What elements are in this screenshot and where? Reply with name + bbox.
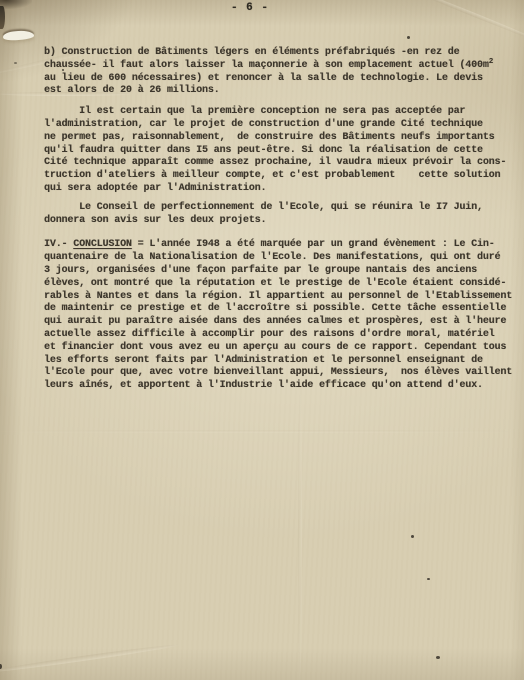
paragraph-conseil: Le Conseil de perfectionnement de l'Ecol… (44, 202, 524, 228)
paragraph-construction-b: b) Construction de Bâtiments légers en é… (44, 47, 524, 98)
superscript-exponent: 2 (489, 58, 493, 66)
text-line: élèves, ont montré que la réputation et … (44, 278, 524, 291)
text-line: truction d'ateliers à meilleur compte, e… (44, 170, 524, 183)
text-line: et financier dont vous avez eu un aperçu… (44, 342, 524, 355)
page-number: - 6 - (0, 2, 512, 14)
text-line: qui sera adoptée par l'Administration. (44, 183, 524, 196)
text-line: Il est certain que la première conceptio… (44, 106, 524, 119)
tear-highlight-mark (3, 30, 35, 41)
text-line: l'Ecole pour que, avec votre bienveillan… (44, 367, 524, 380)
paper-crease (0, 430, 524, 433)
text-line: les efforts seront faits par l'Administr… (44, 355, 524, 368)
text-line: rables à Nantes et dans la région. Il ap… (44, 291, 524, 304)
text-line: Cité technique apparaît comme assez proc… (44, 157, 524, 170)
text-line: l'administration, car le projet de const… (44, 119, 524, 132)
text-line: 3 jours, organisées d'une façon parfaite… (44, 265, 524, 278)
text-line: donnera son avis sur les deux projets. (44, 215, 524, 228)
ink-speck (411, 535, 414, 538)
paragraph-cite-technique: Il est certain que la première conceptio… (44, 106, 524, 196)
paper-crease (0, 642, 179, 674)
conclusion-heading: CONCLUSION (73, 239, 132, 250)
text-line: est alors de 20 à 26 millions. (44, 85, 524, 98)
ink-speck (0, 664, 2, 669)
paragraph-conclusion: IV.- CONCLUSION = L'année I948 a été mar… (44, 239, 524, 393)
ink-speck (14, 62, 17, 64)
paper-crease (298, 388, 302, 680)
document-body: b) Construction de Bâtiments légers en é… (44, 47, 524, 393)
text-line: b) Construction de Bâtiments légers en é… (44, 47, 524, 60)
scanned-document-page: - 6 - b) Construction de Bâtiments léger… (0, 0, 524, 680)
text-line-segment: = L'année I948 a été marquée par un gran… (132, 239, 495, 250)
text-line: actuelle assez difficile à accomplir pou… (44, 329, 524, 342)
ink-speck (407, 36, 410, 39)
text-line: qui aurait pu paraître aisée dans des an… (44, 316, 524, 329)
conclusion-numeral: IV.- (44, 239, 73, 250)
text-line: leurs aînés, et apportent à l'Industrie … (44, 380, 524, 393)
text-line: Le Conseil de perfectionnement de l'Ecol… (44, 202, 524, 215)
text-line: IV.- CONCLUSION = L'année I948 a été mar… (44, 239, 524, 252)
text-line: chaussée- il faut alors laisser la maçon… (44, 60, 524, 73)
ink-speck (427, 578, 430, 580)
text-line: de maintenir ce prestige et de l'accroît… (44, 303, 524, 316)
text-line-segment: chaussée- il faut alors laisser la maçon… (44, 60, 489, 71)
ink-speck (436, 656, 440, 659)
text-line: ne permet pas, raisonnablement, de const… (44, 132, 524, 145)
text-line: qu'il faudra quitter dans I5 ans peut-êt… (44, 145, 524, 158)
text-line: quantenaire de la Nationalisation de l'E… (44, 252, 524, 265)
text-line: au lieu de 600 nécessaires) et renoncer … (44, 73, 524, 86)
